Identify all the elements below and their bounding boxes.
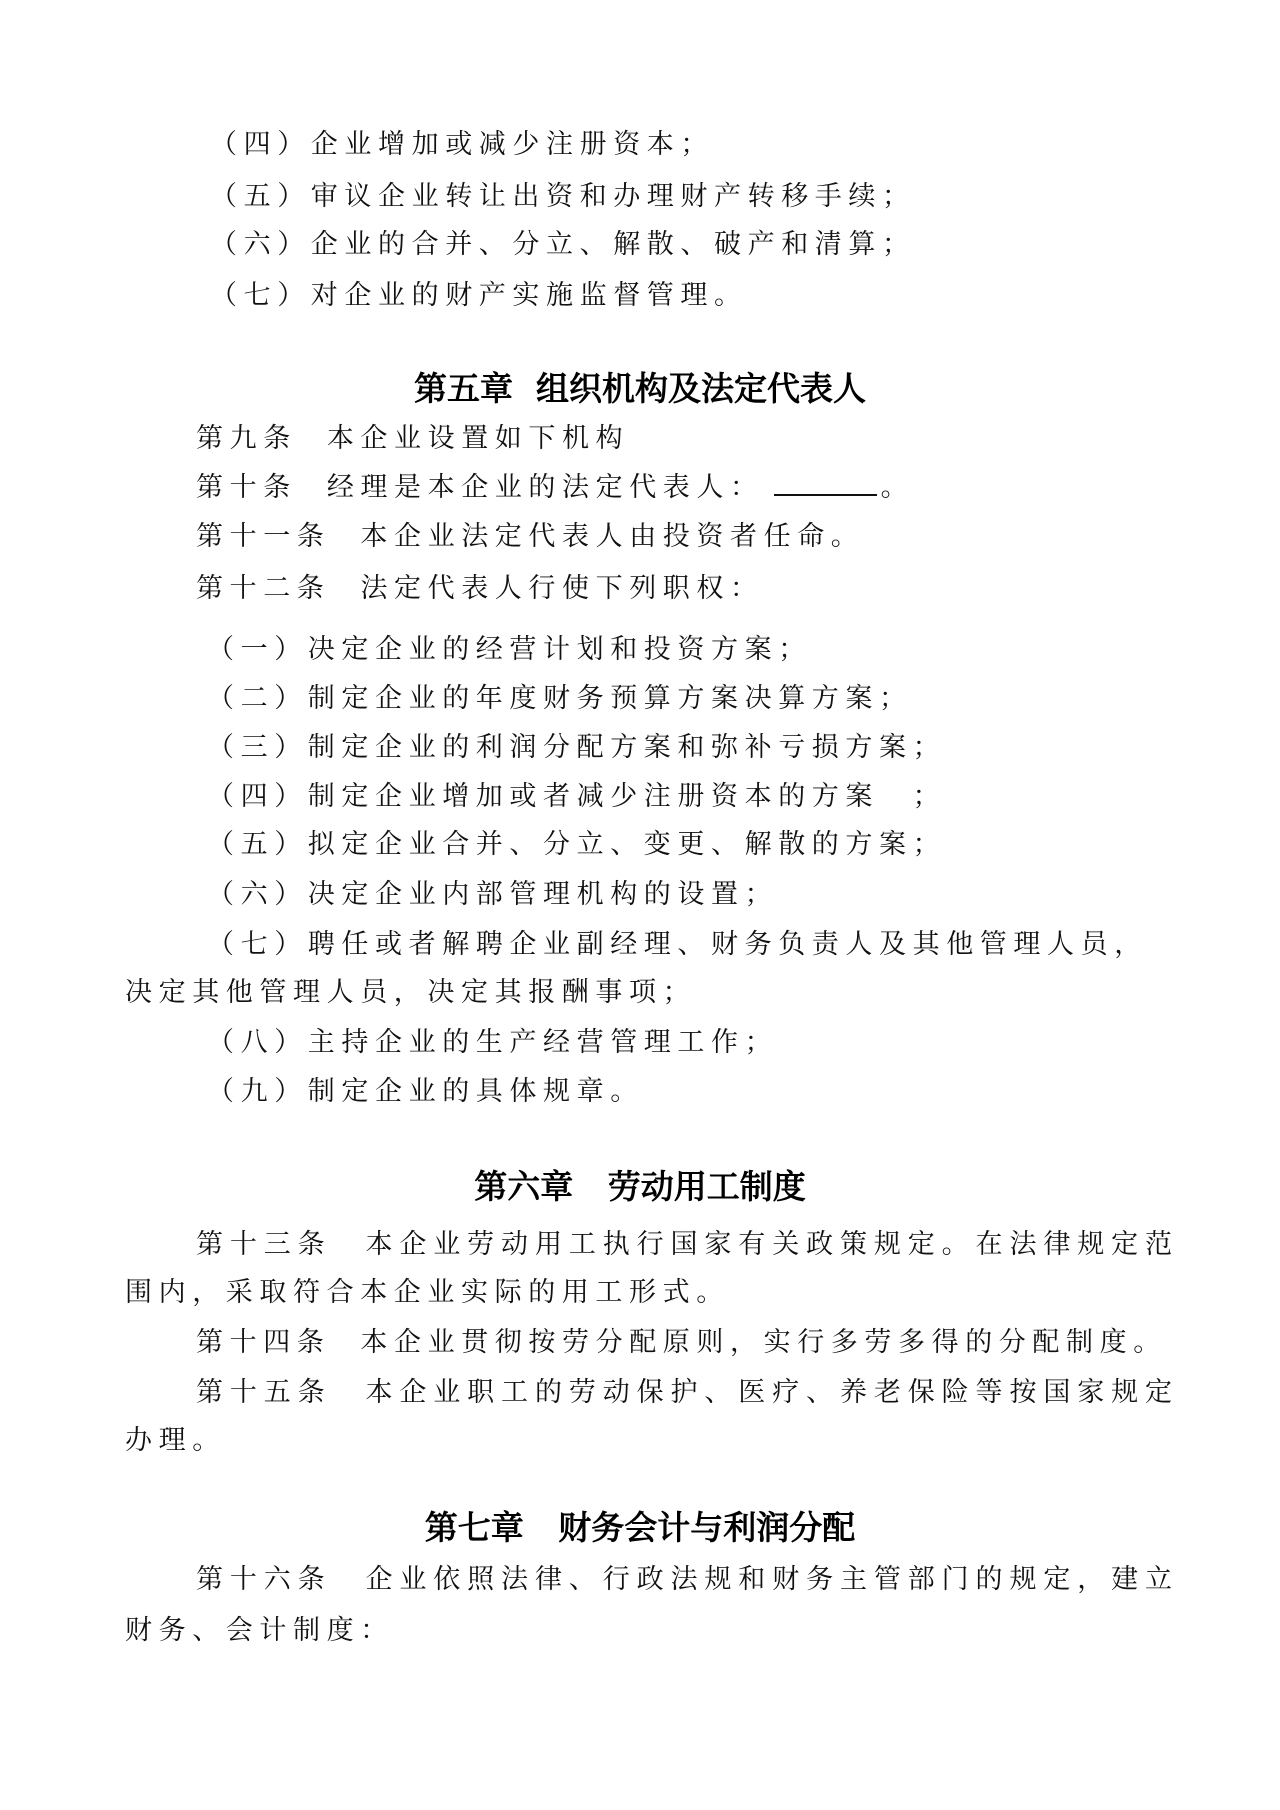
power-item: （七）聘任或者解聘企业副经理、财务负责人及其他管理人员， (207, 928, 1148, 962)
article-text: 本企业设置如下机构 (327, 423, 629, 454)
article-line: 第十三条 本企业劳动用工执行国家有关政策规定。在法律规定范 (196, 1228, 1172, 1262)
power-item: （五）拟定企业合并、分立、变更、解散的方案； (207, 828, 946, 862)
article-line: 第九条本企业设置如下机构 (196, 422, 629, 456)
article-text: 本企业职工的劳动保护、医疗、养老保险等按国家规定 (365, 1377, 1172, 1408)
list-item: （四）企业增加或减少注册资本； (210, 128, 714, 162)
article-suffix: 。 (881, 472, 915, 503)
power-item: （六）决定企业内部管理机构的设置； (207, 878, 778, 912)
power-item: （八）主持企业的生产经营管理工作； (207, 1026, 778, 1060)
article-line: 第十条经理是本企业的法定代表人：。 (196, 470, 914, 504)
article-label: 第十条 (196, 472, 297, 503)
article-line: 第十四条本企业贯彻按劳分配原则，实行多劳多得的分配制度。 (196, 1326, 1167, 1360)
article-text: 法定代表人行使下列职权： (360, 573, 763, 604)
power-item-continuation: 决定其他管理人员，决定其报酬事项； (125, 976, 696, 1010)
article-label: 第十六条 (196, 1564, 332, 1595)
article-label: 第十一条 (196, 521, 330, 552)
power-item: （九）制定企业的具体规章。 (207, 1075, 644, 1109)
list-item: （六）企业的合并、分立、解散、破产和清算； (210, 228, 916, 262)
article-label: 第十二条 (196, 573, 330, 604)
article-text: 本企业劳动用工执行国家有关政策规定。在法律规定范 (365, 1229, 1172, 1260)
blank-field (774, 470, 877, 496)
article-line: 第十一条本企业法定代表人由投资者任命。 (196, 520, 864, 554)
chapter-heading: 第六章 劳动用工制度 (0, 1167, 1280, 1207)
power-item: （二）制定企业的年度财务预算方案决算方案； (207, 682, 913, 716)
article-line: 第十五条 本企业职工的劳动保护、医疗、养老保险等按国家规定 (196, 1376, 1172, 1410)
list-item: （七）对企业的财产实施监督管理。 (210, 279, 748, 313)
article-text: 本企业贯彻按劳分配原则，实行多劳多得的分配制度。 (360, 1327, 1166, 1358)
power-item: （三）制定企业的利润分配方案和弥补亏损方案； (207, 731, 946, 765)
article-continuation: 围内，采取符合本企业实际的用工形式。 (125, 1276, 730, 1310)
document-page: （四）企业增加或减少注册资本； （五）审议企业转让出资和办理财产转移手续； （六… (0, 0, 1280, 1810)
article-continuation: 办理。 (125, 1424, 226, 1458)
article-text: 企业依照法律、行政法规和财务主管部门的规定，建立 (365, 1564, 1172, 1595)
chapter-heading: 第七章 财务会计与利润分配 (0, 1508, 1280, 1548)
article-text: 经理是本企业的法定代表人： (327, 472, 764, 503)
article-label: 第十三条 (196, 1229, 332, 1260)
power-item: （一）决定企业的经营计划和投资方案； (207, 633, 812, 667)
article-label: 第九条 (196, 423, 297, 454)
article-continuation: 财务、会计制度： (125, 1614, 394, 1648)
chapter-heading: 第五章 组织机构及法定代表人 (0, 369, 1280, 409)
power-item: （四）制定企业增加或者减少注册资本的方案 ； (207, 780, 946, 814)
article-line: 第十二条法定代表人行使下列职权： (196, 572, 764, 606)
list-item: （五）审议企业转让出资和办理财产转移手续； (210, 180, 916, 214)
article-label: 第十五条 (196, 1377, 332, 1408)
article-line: 第十六条 企业依照法律、行政法规和财务主管部门的规定，建立 (196, 1563, 1172, 1597)
article-text: 本企业法定代表人由投资者任命。 (360, 521, 864, 552)
article-label: 第十四条 (196, 1327, 330, 1358)
